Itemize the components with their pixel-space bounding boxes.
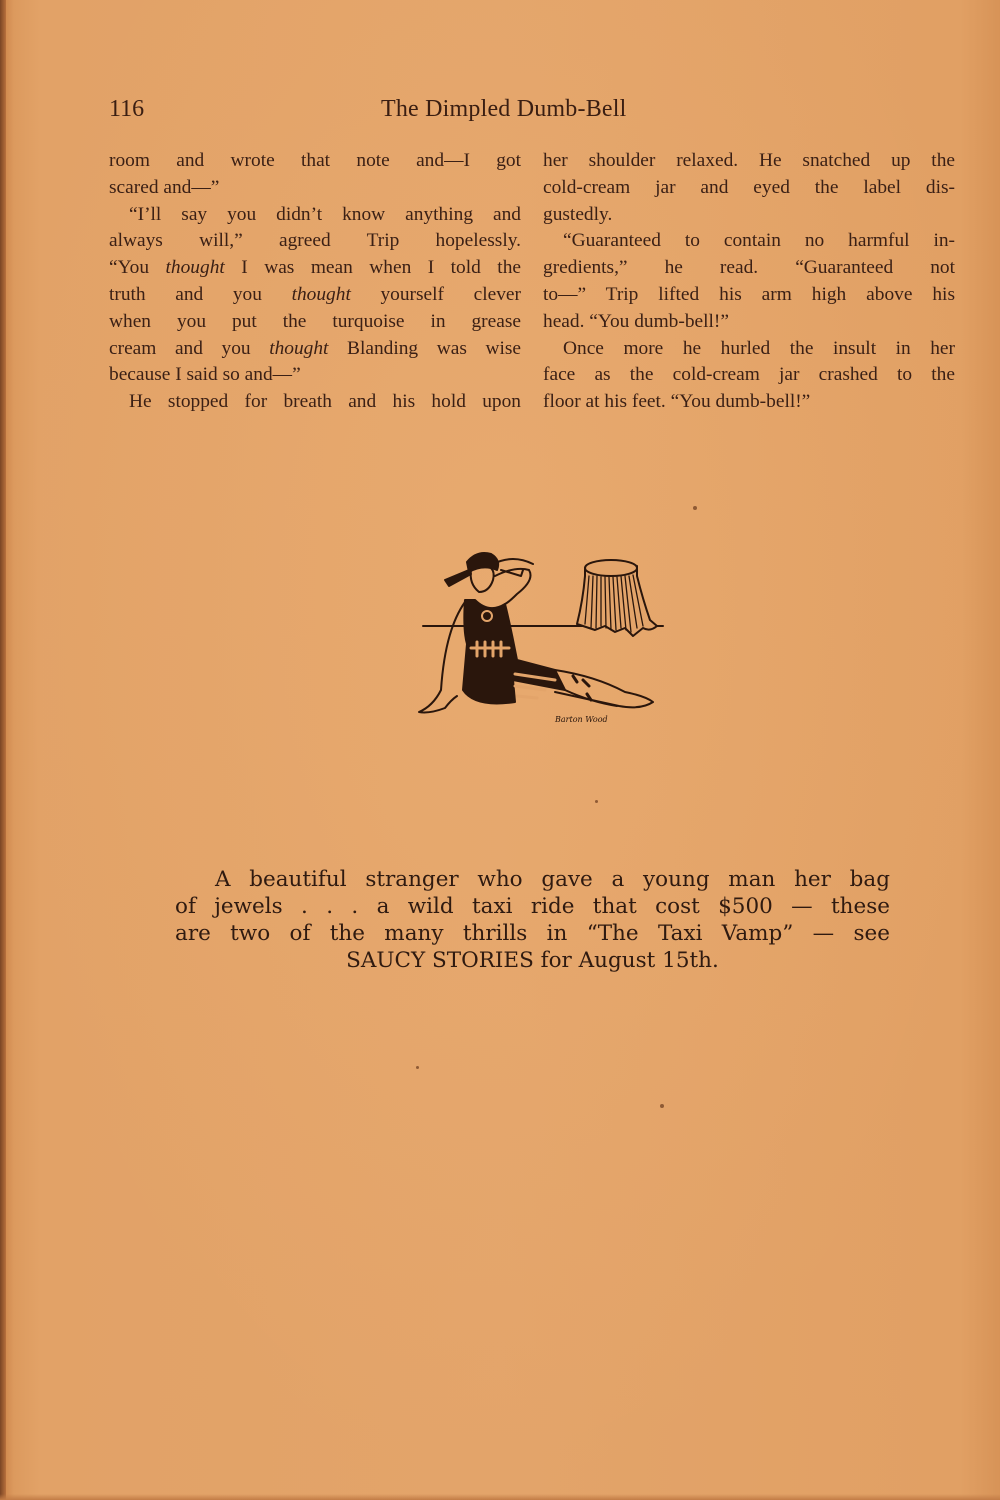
text-line: to—” Trip lifted his arm high above his bbox=[543, 282, 955, 309]
text-line: because I said so and—” bbox=[109, 362, 521, 389]
ad-line: A beautiful stranger who gave a young ma… bbox=[215, 866, 890, 893]
text-line: gustedly. bbox=[543, 202, 955, 229]
text-line: scared and—” bbox=[109, 175, 521, 202]
paper-speck bbox=[660, 1104, 664, 1108]
book-page: 116 The Dimpled Dumb-Bell room and wrote… bbox=[0, 0, 1000, 1500]
text-line: “I’ll say you didn’t know anything and bbox=[109, 202, 521, 229]
ad-line: of jewels . . . a wild taxi ride that co… bbox=[175, 893, 890, 920]
text-line: cold-cream jar and eyed the label dis- bbox=[543, 175, 955, 202]
page-number: 116 bbox=[109, 96, 144, 123]
text-line: He stopped for breath and his hold upon bbox=[109, 389, 521, 416]
text-line: room and wrote that note and—I got bbox=[109, 148, 521, 175]
ad-line: are two of the many thrills in “The Taxi… bbox=[175, 920, 890, 947]
ad-line: SAUCY STORIES for August 15th. bbox=[175, 947, 890, 974]
artist-signature: Barton Wood bbox=[554, 715, 608, 724]
text-line: “You thought I was mean when I told the bbox=[109, 255, 521, 282]
text-line: Once more he hurled the insult in her bbox=[543, 336, 955, 363]
text-line: cream and you thought Blanding was wise bbox=[109, 336, 521, 363]
paper-speck bbox=[693, 506, 697, 510]
paper-speck bbox=[416, 1066, 419, 1069]
text-line: her shoulder relaxed. He snatched up the bbox=[543, 148, 955, 175]
text-line: floor at his feet. “You dumb-bell!” bbox=[543, 389, 955, 416]
text-line: “Guaranteed to contain no harmful in- bbox=[543, 228, 955, 255]
text-line: gredients,” he read. “Guaranteed not bbox=[543, 255, 955, 282]
running-title: The Dimpled Dumb-Bell bbox=[381, 96, 627, 123]
woman-reclining-icon: Barton Wood bbox=[405, 540, 670, 730]
paper-speck bbox=[595, 800, 598, 803]
right-column: her shoulder relaxed. He snatched up the… bbox=[543, 148, 955, 416]
bathing-woman-illustration: Barton Wood bbox=[405, 540, 670, 730]
text-line: truth and you thought yourself clever bbox=[109, 282, 521, 309]
saucy-stories-advertisement: A beautiful stranger who gave a young ma… bbox=[215, 866, 890, 974]
text-line: face as the cold-cream jar crashed to th… bbox=[543, 362, 955, 389]
text-line: head. “You dumb-bell!” bbox=[543, 309, 955, 336]
text-line: when you put the turquoise in grease bbox=[109, 309, 521, 336]
page-header: 116 The Dimpled Dumb-Bell bbox=[109, 96, 929, 132]
text-line: always will,” agreed Trip hopelessly. bbox=[109, 228, 521, 255]
left-column: room and wrote that note and—I got scare… bbox=[109, 148, 521, 416]
